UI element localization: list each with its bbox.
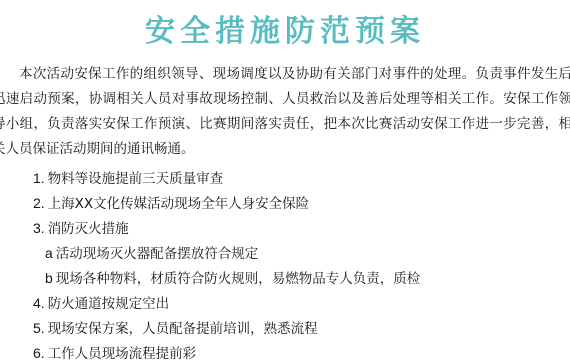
list-item-marker: 3. xyxy=(33,216,45,240)
list-item-marker: 5. xyxy=(33,316,45,340)
list-item: 4.防火通道按规定空出 xyxy=(33,291,570,316)
list-subitem: a活动现场灭火器配备摆放符合规定 xyxy=(33,241,570,266)
list-item-marker: 4. xyxy=(33,291,45,315)
list-item: 1.物料等设施提前三天质量审查 xyxy=(33,166,570,191)
list-item: 5.现场安保方案，人员配备提前培训，熟悉流程 xyxy=(33,316,570,341)
list-item-text: 物料等设施提前三天质量审查 xyxy=(48,171,224,187)
safety-measures-list: 1.物料等设施提前三天质量审查 2.上海XX文化传媒活动现场全年人身安全保险 3… xyxy=(33,166,570,360)
list-item-text: 消防灭火措施 xyxy=(48,221,129,237)
list-item: 6.工作人员现场流程提前彩 xyxy=(33,341,570,360)
page-title: 安全措施防范预案 xyxy=(0,12,570,52)
list-item: 2.上海XX文化传媒活动现场全年人身安全保险 xyxy=(33,191,570,216)
list-item-marker: a xyxy=(45,241,53,265)
intro-paragraph: 本次活动安保工作的组织领导、现场调度以及协助有关部门对事件的处理。负责事件发生后… xyxy=(0,62,570,162)
list-subitem: b现场各种物料，材质符合防火规则，易燃物品专人负责，质检 xyxy=(33,266,570,291)
list-item-marker: 2. xyxy=(33,191,45,215)
list-item-text: 防火通道按规定空出 xyxy=(48,296,170,312)
list-item-text: 工作人员现场流程提前彩 xyxy=(48,346,197,360)
list-item-text: 现场各种物料，材质符合防火规则，易燃物品专人负责，质检 xyxy=(56,271,421,287)
list-item-text: 现场安保方案，人员配备提前培训，熟悉流程 xyxy=(48,321,318,337)
list-item-marker: 6. xyxy=(33,341,45,360)
list-item-text: 上海XX文化传媒活动现场全年人身安全保险 xyxy=(48,196,310,212)
list-item: 3.消防灭火措施 xyxy=(33,216,570,241)
list-item-text: 活动现场灭火器配备摆放符合规定 xyxy=(56,246,259,262)
slide: 安全措施防范预案 本次活动安保工作的组织领导、现场调度以及协助有关部门对事件的处… xyxy=(0,0,570,360)
list-item-marker: 1. xyxy=(33,166,45,190)
list-item-marker: b xyxy=(45,266,53,290)
